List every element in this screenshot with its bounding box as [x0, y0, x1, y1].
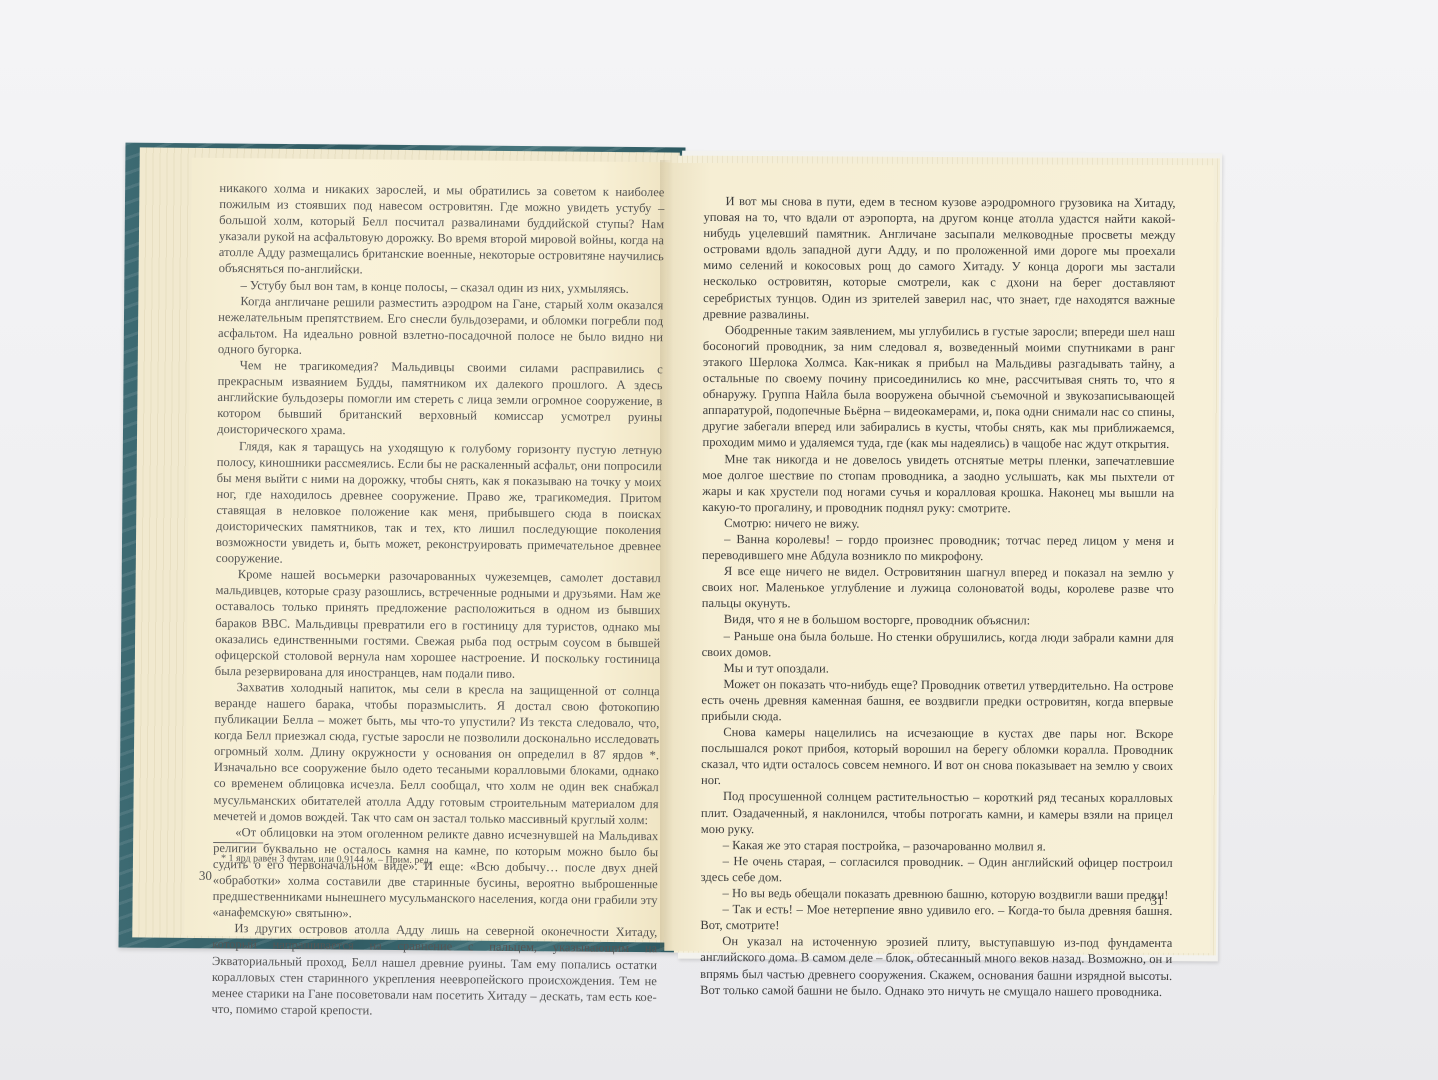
- paragraph: Он указал на источенную эрозией плиту, в…: [700, 933, 1172, 999]
- paragraph: – Не очень старая, – согласился проводни…: [701, 853, 1173, 887]
- paragraph: – Какая же это старая постройка, – разоч…: [701, 837, 1173, 855]
- paragraph: – Ванна королевы! – гордо произнес прово…: [702, 531, 1174, 565]
- paragraph: – Раньше она была больше. Но стенки обру…: [702, 627, 1174, 661]
- paragraph: Я все еще ничего не видел. Островитянин …: [702, 563, 1174, 613]
- paragraph: Кроме нашей восьмерки разочарованных чуж…: [215, 566, 661, 683]
- paragraph: Захватив холодный напиток, мы сели в кре…: [213, 679, 659, 828]
- paragraph: Глядя, как я таращусь на уходящую к голу…: [216, 437, 662, 570]
- left-page-text: никакого холма и никаких зарослей, и мы …: [211, 180, 664, 1021]
- paragraph: Видя, что я не в большом восторге, прово…: [702, 611, 1174, 629]
- paragraph: никакого холма и никаких зарослей, и мы …: [219, 180, 665, 281]
- right-page: И вот мы снова в пути, едем в тесном куз…: [664, 163, 1213, 953]
- right-page-text: И вот мы снова в пути, едем в тесном куз…: [700, 193, 1176, 1000]
- left-page: никакого холма и никаких зарослей, и мы …: [184, 158, 671, 941]
- page-number-right: 31: [1150, 893, 1163, 909]
- paragraph: Снова камеры нацелились на исчезающие в …: [701, 724, 1173, 790]
- paragraph: Когда англичане решили разместить аэродр…: [218, 293, 664, 362]
- paragraph: Под просушенной солнцем растительностью …: [701, 788, 1173, 838]
- page-number-left: 30: [199, 868, 212, 884]
- paragraph: «От облицовки на этом оголенном реликте …: [212, 824, 658, 925]
- paragraph: И вот мы снова в пути, едем в тесном куз…: [703, 193, 1176, 324]
- paragraph: Чем не трагикомедия? Мальдивцы своими си…: [217, 357, 663, 442]
- paragraph: – Так и есть! – Мое нетерпение явно удив…: [700, 901, 1172, 935]
- paragraph: Может он показать что-нибудь еще? Провод…: [701, 676, 1173, 726]
- paragraph: Из других островов атолла Адду лишь на с…: [211, 920, 657, 1021]
- book-gutter-shadow: [660, 160, 682, 950]
- paragraph: Мне так никогда и не довелось увидеть от…: [702, 450, 1174, 516]
- paragraph: Ободренные таким заявлением, мы углубили…: [702, 322, 1175, 453]
- paragraph: Мы и тут опоздали.: [701, 660, 1173, 678]
- open-book: никакого холма и никаких зарослей, и мы …: [0, 0, 1438, 1080]
